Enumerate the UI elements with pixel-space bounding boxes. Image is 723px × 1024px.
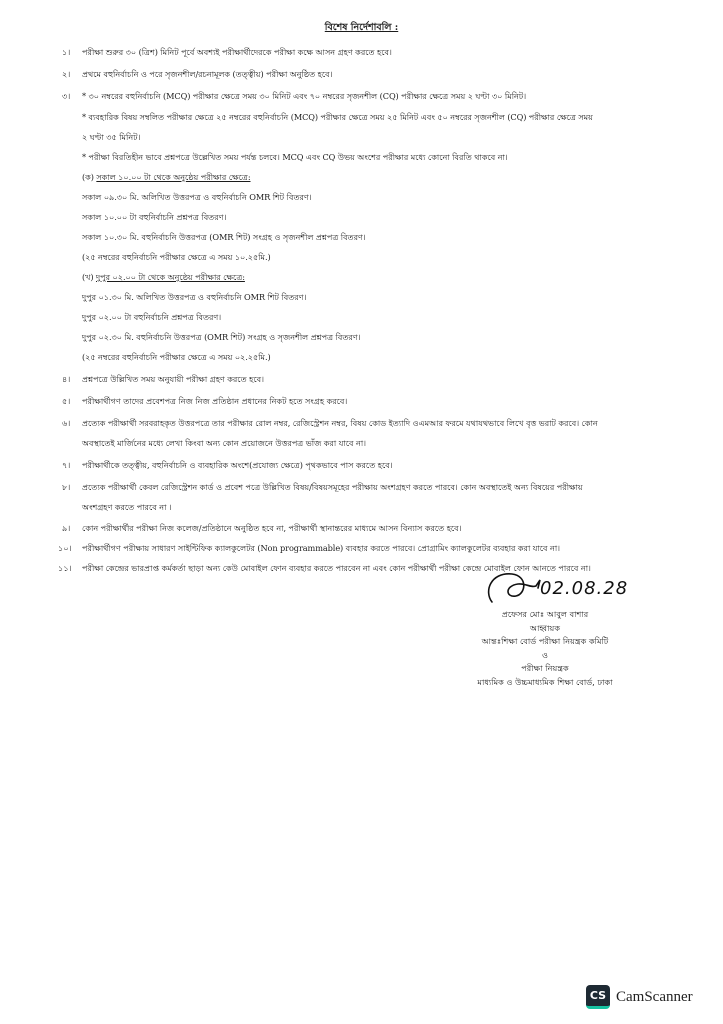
signatory-role-2: পরীক্ষা নিয়ন্ত্রক bbox=[430, 662, 660, 676]
instruction-line: ২ ঘণ্টা ৩৫ মিনিট। bbox=[82, 132, 140, 143]
schedule-line: সকাল ১০.৩০ মি. বহুনির্বাচনি উত্তরপত্র (O… bbox=[82, 232, 366, 243]
instruction-line: প্রত্যেক পরীক্ষার্থী কেবল রেজিস্ট্রেশন ক… bbox=[82, 482, 583, 493]
item-number: ১০। bbox=[58, 543, 72, 554]
schedule-line: দুপুর ০২.০০ টা বহুনির্বাচনি প্রশ্নপত্র ব… bbox=[82, 312, 221, 323]
instruction-line: পরীক্ষা শুরুর ৩০ (ত্রিশ) মিনিট পূর্বে অব… bbox=[82, 47, 392, 58]
item-number: ৮। bbox=[62, 482, 70, 493]
instruction-line: * ৩০ নম্বরের বহুনির্বাচনি (MCQ) পরীক্ষার… bbox=[82, 91, 526, 102]
schedule-a-prefix: (ক) bbox=[82, 172, 94, 182]
schedule-b-title: দুপুর ০২.০০ টা থেকে অনুষ্ঠেয় পরীক্ষার ক… bbox=[96, 272, 245, 282]
instruction-line: অংশগ্রহণ করতে পারবে না । bbox=[82, 502, 172, 513]
item-number: ৪। bbox=[62, 374, 70, 385]
signatory-conjunction: ও bbox=[430, 649, 660, 663]
camscanner-logo-icon: CS bbox=[586, 985, 610, 1009]
schedule-line: দুপুর ০২.৩০ মি. বহুনির্বাচনি উত্তরপত্র (… bbox=[82, 332, 360, 343]
camscanner-brand: CamScanner bbox=[616, 989, 693, 1006]
schedule-line: সকাল ১০.০০ টা বহুনির্বাচনি প্রশ্নপত্র বি… bbox=[82, 212, 226, 223]
item-number: ২। bbox=[62, 69, 70, 80]
instruction-line: পরীক্ষার্থীকে তত্ত্বীয়, বহুনির্বাচনি ও … bbox=[82, 460, 393, 471]
instruction-line: * পরীক্ষা বিরতিহীন ভাবে প্রশ্নপত্রে উল্ল… bbox=[82, 152, 508, 163]
document-page: বিশেষ নির্দেশাবলি : ১। পরীক্ষা শুরুর ৩০ … bbox=[0, 0, 723, 1024]
signatory-role: আহ্বায়ক bbox=[430, 622, 660, 636]
instruction-line: কোন পরীক্ষার্থীর পরীক্ষা নিজ কলেজ/প্রতিষ… bbox=[82, 523, 461, 534]
instruction-line: পরীক্ষার্থীগণ পরীক্ষায় সাধারণ সাইন্টিফি… bbox=[82, 543, 560, 554]
instruction-line: অবস্থাতেই মার্জিনের মধ্যে লেখা কিংবা অন্… bbox=[82, 438, 366, 449]
item-number: ৭। bbox=[62, 460, 70, 471]
instruction-line: * ব্যবহারিক বিষয় সম্বলিত পরীক্ষার ক্ষেত… bbox=[82, 112, 593, 123]
signatory-name: প্রফেসর মোঃ আবুল বাশার bbox=[430, 608, 660, 622]
schedule-line: (২৫ নম্বরের বহুনির্বাচনি পরীক্ষার ক্ষেত্… bbox=[82, 352, 271, 363]
instruction-line: প্রশ্নপত্রে উল্লিখিত সময় অনুযায়ী পরীক্… bbox=[82, 374, 264, 385]
signatory-committee: আন্তঃশিক্ষা বোর্ড পরীক্ষা নিয়ন্ত্রক কমি… bbox=[430, 635, 660, 649]
signatory-block: প্রফেসর মোঃ আবুল বাশার আহ্বায়ক আন্তঃশিক… bbox=[430, 608, 660, 689]
item-number: ৫। bbox=[62, 396, 70, 407]
instruction-line: পরীক্ষার্থীগণ তাদের প্রবেশপত্র নিজ নিজ প… bbox=[82, 396, 347, 407]
item-number: ১। bbox=[62, 47, 70, 58]
document-title: বিশেষ নির্দেশাবলি : bbox=[0, 21, 723, 36]
camscanner-watermark: CS CamScanner bbox=[586, 985, 693, 1009]
schedule-a-title: সকাল ১০.০০ টা থেকে অনুষ্ঠেয় পরীক্ষার ক্… bbox=[96, 172, 250, 182]
item-number: ১১। bbox=[58, 563, 72, 574]
item-number: ৩। bbox=[62, 91, 70, 102]
schedule-a-heading: (ক) সকাল ১০.০০ টা থেকে অনুষ্ঠেয় পরীক্ষা… bbox=[82, 172, 251, 183]
schedule-line: দুপুর ০১.৩০ মি. অলিখিত উত্তরপত্র ও বহুনি… bbox=[82, 292, 306, 303]
schedule-b-heading: (খ) দুপুর ০২.০০ টা থেকে অনুষ্ঠেয় পরীক্ষ… bbox=[82, 272, 245, 283]
signatory-board: মাধ্যমিক ও উচ্চমাধ্যমিক শিক্ষা বোর্ড, ঢা… bbox=[430, 676, 660, 690]
schedule-line: সকাল ০৯.৩০ মি. অলিখিত উত্তরপত্র ও বহুনির… bbox=[82, 192, 312, 203]
schedule-line: (২৫ নম্বরের বহুনির্বাচনি পরীক্ষার ক্ষেত্… bbox=[82, 252, 271, 263]
signature-date: 02.08.28 bbox=[540, 578, 628, 599]
item-number: ৬। bbox=[62, 418, 70, 429]
instruction-line: প্রথমে বহুনির্বাচনি ও পরে সৃজনশীল/রচনামূ… bbox=[82, 69, 332, 80]
schedule-b-prefix: (খ) bbox=[82, 272, 93, 282]
item-number: ৯। bbox=[62, 523, 70, 534]
instruction-line: প্রত্যেক পরীক্ষার্থী সরবরাহকৃত উত্তরপত্র… bbox=[82, 418, 598, 429]
